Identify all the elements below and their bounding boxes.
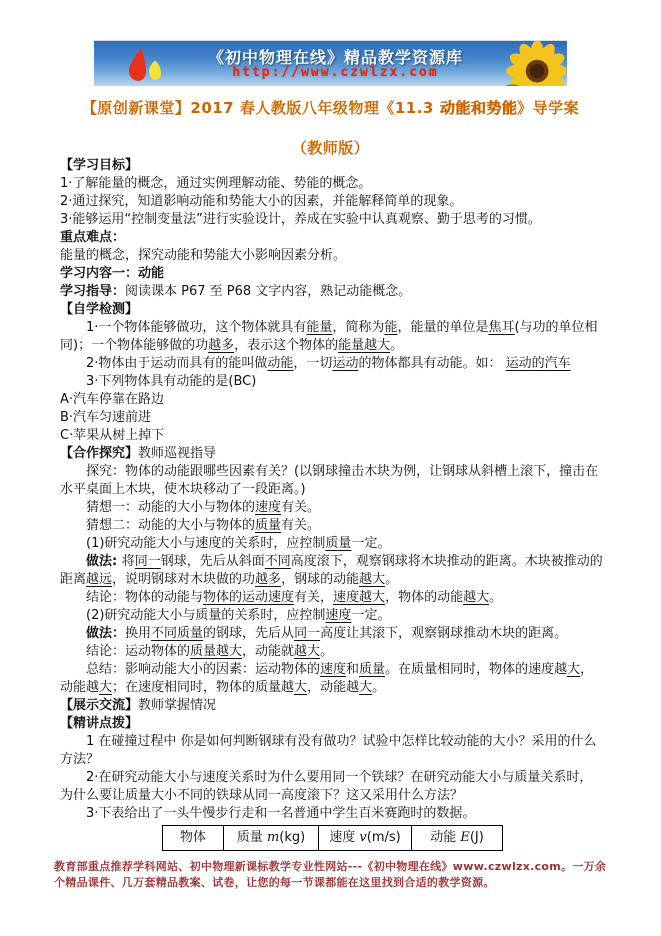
answer-blank: 能量越大 (338, 338, 390, 353)
section-heading: 【展示交流】教师掌握情况 (60, 697, 605, 715)
paragraph: 2·通过探究，知道影响动能和势能大小的因素，并能解释简单的现象。 (60, 193, 605, 211)
text-segment: 1 在碰撞过程中 你是如何判断钢球有没有做功？试验中怎样比较动能的大小？采用的什… (60, 734, 597, 767)
answer-blank: 动能 (267, 356, 293, 371)
table-header-cell: 动能 E(J) (412, 826, 503, 851)
paragraph: A·汽车停靠在路边 (60, 391, 605, 409)
text-segment: 的物体都具有动能。如： (358, 356, 505, 371)
text-segment: 动能 (430, 830, 460, 845)
text-segment: 一定。 (351, 536, 390, 551)
paragraph: 做法: 将同一钢球，先后从斜面不同高度滚下，观察钢球将木块推动的距离。木块被推动… (60, 553, 605, 589)
text-segment: ，钢球的动能 (281, 572, 359, 587)
text-segment: 【合作探究】 (60, 446, 138, 461)
text-segment: m (267, 830, 279, 845)
section-heading: 【合作探究】教师巡视指导 (60, 445, 605, 463)
text-segment: 。 (372, 680, 385, 695)
text-segment: 。 (489, 590, 502, 605)
text-segment: 【原创新课堂】2017 春人教版八年级物理《11.3 (82, 99, 440, 117)
answer-blank: 焦耳 (488, 320, 514, 335)
answer-blank: 越大 (294, 644, 320, 659)
text-segment: 猜想二：动能的大小与物体的 (86, 518, 255, 533)
answer-blank: 能 (384, 320, 397, 335)
answer-blank: 速度越大 (333, 590, 385, 605)
text-segment: 有关。 (281, 518, 320, 533)
text-segment: 动能和势能 (440, 99, 518, 117)
answer-blank: 同一 (135, 554, 161, 569)
text-segment: 将 (122, 554, 135, 569)
paragraph: 探究：物体的动能跟哪些因素有关？(以钢球撞击木块为例，让钢球从斜槽上滚下，撞击在… (60, 463, 605, 499)
text-segment: 换用 (125, 626, 151, 641)
answer-blank: 质量 (255, 518, 281, 533)
text-segment: (J) (470, 830, 484, 845)
text-segment: 2·通过探究，知道影响动能和势能大小的因素，并能解释简单的现象。 (60, 194, 462, 209)
section-heading: 【精讲点拨】 (60, 715, 605, 733)
document-page: 《初中物理在线》精品教学资源库 http://www.czwlzx.com (0, 0, 661, 936)
answer-blank: 大 (359, 680, 372, 695)
text-segment: A·汽车停靠在路边 (60, 392, 164, 407)
text-segment: 的钢球，先后从 (203, 626, 294, 641)
text-segment: 一定。 (351, 608, 390, 623)
document-body: 【学习目标】1·了解能量的概念，通过实例理解动能、势能的概念。2·通过探究，知道… (60, 157, 605, 851)
paragraph: 能量的概念，探究动能和势能大小影响因素分析。 (60, 247, 605, 265)
text-segment: ；在速度相同时，物体的质量越 (112, 680, 294, 695)
paragraph: 3·能够运用“控制变量法”进行实验设计，养成在实验中认真观察、勤于思考的习惯。 (60, 211, 605, 229)
text-segment: ，表示这个物体的 (234, 338, 338, 353)
paragraph: 3·下表给出了一头牛慢步行走和一名普通中学生百米赛跑时的数据。 (60, 805, 605, 823)
text-segment: 。 (320, 644, 333, 659)
table-header-row: 物体质量 m(kg)速度 v(m/s)动能 E(J) (163, 826, 503, 851)
text-segment: C·苹果从树上掉下 (60, 428, 164, 443)
answer-blank: 运动 (332, 356, 358, 371)
text-segment: (m/s) (367, 830, 401, 845)
table-header-cell: 物体 (163, 826, 224, 851)
text-segment: (1)研究动能大小与速度的关系时，应控制 (86, 536, 325, 551)
text-segment: 学习指导： (60, 284, 125, 299)
text-segment: 高度让其滚下，观察钢球推动木块的距离。 (320, 626, 567, 641)
text-segment: 质量 (237, 830, 267, 845)
text-segment: 速度 (329, 830, 359, 845)
text-segment: 有关。 (281, 500, 320, 515)
paragraph: 重点难点： (60, 229, 605, 247)
paragraph: 1 在碰撞过程中 你是如何判断钢球有没有做功？试验中怎样比较动能的大小？采用的什… (60, 733, 605, 769)
text-segment: 1·一个物体能够做功，这个物体就具有 (86, 320, 306, 335)
text-segment: 3·下列物体具有动能的是(BC) (86, 374, 256, 389)
text-segment: 3·能够运用“控制变量法”进行实验设计，养成在实验中认真观察、勤于思考的习惯。 (60, 212, 541, 227)
text-segment: 学习内容一：动能 (60, 266, 164, 281)
text-segment: 物体 (180, 830, 206, 845)
answer-blank: 大 (99, 680, 112, 695)
sunflower-icon (500, 40, 566, 86)
paragraph: 1·一个物体能够做功，这个物体就具有能量，简称为能，能量的单位是焦耳(与功的单位… (60, 319, 605, 355)
paragraph: 猜想一：动能的大小与物体的速度有关。 (60, 499, 605, 517)
text-segment: ，简称为 (332, 320, 384, 335)
text-segment: 教师巡视指导 (138, 446, 216, 461)
answer-blank: 速度 (255, 500, 281, 515)
page-title-text: 【原创新课堂】2017 春人教版八年级物理《11.3 动能和势能》导学案（教师版… (78, 88, 583, 168)
text-segment: ，物体的动能 (385, 590, 463, 605)
paragraph: 学习内容一：动能 (60, 265, 605, 283)
text-segment: 3·下表给出了一头牛慢步行走和一名普通中学生百米赛跑时的数据。 (86, 806, 475, 821)
text-segment: 结论：物体的动能与 (86, 590, 203, 605)
text-segment: 2·物体由于运动而具有的能叫做 (86, 356, 267, 371)
text-segment: 做法: (86, 554, 122, 569)
text-segment: (2)研究动能大小与质量的关系时，应控制 (86, 608, 325, 623)
text-segment: 探究：物体的动能跟哪些因素有关？(以钢球撞击木块为例，让钢球从斜槽上滚下，撞击在… (60, 464, 598, 497)
text-segment: 【展示交流】 (60, 698, 138, 713)
text-segment: 【自学检测】 (60, 302, 138, 317)
answer-blank: 越远 (86, 572, 112, 587)
answer-blank: 能量 (306, 320, 332, 335)
table-header-cell: 速度 v(m/s) (319, 826, 412, 851)
answer-blank: 运动的汽车 (506, 356, 571, 371)
answer-blank: 越多 (208, 338, 234, 353)
answer-blank: 同一 (294, 626, 320, 641)
page-footer: 教育部重点推荐学科网站、初中物理新课标教学专业性网站---《初中物理在线》www… (54, 859, 611, 891)
answer-blank: 物体的运动速度 (203, 590, 294, 605)
text-segment: 和 (346, 662, 359, 677)
section-heading: 【自学检测】 (60, 301, 605, 319)
paragraph: 做法：换用不同质量的钢球，先后从同一高度让其滚下，观察钢球推动木块的距离。 (60, 625, 605, 643)
paragraph: B·汽车匀速前进 (60, 409, 605, 427)
text-segment: E (460, 830, 470, 845)
answer-blank: 不同质量 (151, 626, 203, 641)
paragraph: 2·物体由于运动而具有的能叫做动能，一切运动的物体都具有动能。如： 运动的汽车 (60, 355, 605, 373)
answer-blank: 越大 (359, 572, 385, 587)
text-segment: 重点难点： (60, 230, 125, 245)
text-segment: ，动能越 (307, 680, 359, 695)
paragraph: 总结：影响动能大小的因素：运动物体的速度和质量。在质量相同时，物体的速度越大，动… (60, 661, 605, 697)
text-segment: 阅读课本 P67 至 P68 文字内容，熟记动能概念。 (125, 284, 411, 299)
text-segment: 2·在研究动能大小与速度关系时为什么要用同一个铁球？在研究动能大小与质量关系时，… (60, 770, 592, 803)
paragraph: 1·了解能量的概念，通过实例理解动能、势能的概念。 (60, 175, 605, 193)
text-segment: 总结：影响动能大小的因素：运动物体的 (86, 662, 320, 677)
text-segment: ，一切 (293, 356, 332, 371)
answer-blank: 质量 (325, 536, 351, 551)
answer-blank: 速度 (325, 608, 351, 623)
answer-blank: 不同 (265, 554, 291, 569)
answer-blank: 越大 (463, 590, 489, 605)
banner-site-url-link[interactable]: http://www.czwlzx.com (164, 65, 507, 80)
paragraph: C·苹果从树上掉下 (60, 427, 605, 445)
paragraph: 学习指导：阅读课本 P67 至 P68 文字内容，熟记动能概念。 (60, 283, 605, 301)
text-segment: 做法： (86, 626, 125, 641)
text-segment: ，能量的单位是 (397, 320, 488, 335)
table-header-cell: 质量 m(kg) (224, 826, 319, 851)
text-segment: 有关， (294, 590, 333, 605)
answer-blank: 越多 (255, 572, 281, 587)
answer-blank: 质量越大 (190, 644, 242, 659)
answer-blank: 大 (294, 680, 307, 695)
paragraph: 2·在研究动能大小与速度关系时为什么要用同一个铁球？在研究动能大小与质量关系时，… (60, 769, 605, 805)
text-segment: B·汽车匀速前进 (60, 410, 151, 425)
text-segment: ，动能就 (242, 644, 294, 659)
text-segment: ，说明钢球对木块做的功 (112, 572, 255, 587)
text-segment: 猜想一：动能的大小与物体的 (86, 500, 255, 515)
section-heading: 【学习目标】 (60, 157, 605, 175)
answer-blank: 大 (567, 662, 580, 677)
text-segment: 能量的概念，探究动能和势能大小影响因素分析。 (60, 248, 346, 263)
text-segment: 【精讲点拨】 (60, 716, 138, 731)
text-segment: v (359, 830, 366, 845)
paragraph: 猜想二：动能的大小与物体的质量有关。 (60, 517, 605, 535)
paragraph: 3·下列物体具有动能的是(BC) (60, 373, 605, 391)
text-segment: 。在质量相同时，物体的速度越 (385, 662, 567, 677)
page-title: 【原创新课堂】2017 春人教版八年级物理《11.3 动能和势能》导学案（教师版… (0, 88, 661, 168)
text-segment: 。 (390, 338, 403, 353)
paragraph: 结论：运动物体的质量越大，动能就越大。 (60, 643, 605, 661)
answer-blank: 速度 (320, 662, 346, 677)
text-segment: 【学习目标】 (60, 158, 138, 173)
text-segment: 。 (385, 572, 398, 587)
answer-blank: 质量 (359, 662, 385, 677)
paragraph: (2)研究动能大小与质量的关系时，应控制速度一定。 (60, 607, 605, 625)
text-segment: 教师掌握情况 (138, 698, 216, 713)
text-segment: (kg) (279, 830, 305, 845)
site-banner: 《初中物理在线》精品教学资源库 http://www.czwlzx.com (94, 40, 567, 86)
text-segment: 结论：运动物体的 (86, 644, 190, 659)
paragraph: (1)研究动能大小与速度的关系时，应控制质量一定。 (60, 535, 605, 553)
data-table: 物体质量 m(kg)速度 v(m/s)动能 E(J) (162, 825, 503, 851)
text-segment: 钢球，先后从斜面 (161, 554, 265, 569)
text-segment: 1·了解能量的概念，通过实例理解动能、势能的概念。 (60, 176, 371, 191)
paragraph: 结论：物体的动能与物体的运动速度有关，速度越大，物体的动能越大。 (60, 589, 605, 607)
